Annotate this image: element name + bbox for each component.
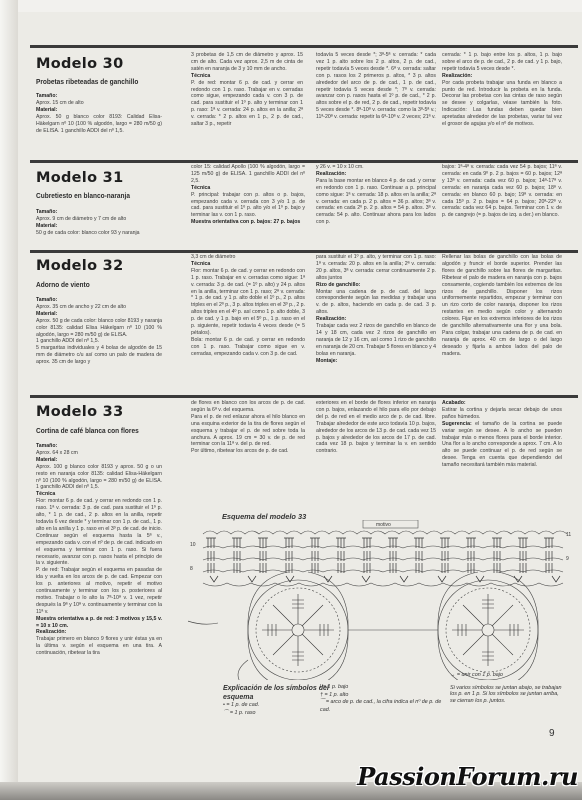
model-subtitle: Cortina de café blanca con flores [36, 426, 139, 435]
model33-col1: Tamaño: Aprox. 64 x 28 cm Material: Apro… [36, 443, 162, 657]
model-subtitle: Adorno de viento [36, 280, 90, 289]
tecnica-label: Técnica [191, 261, 305, 268]
tecnica-text: P. de red: montar 6 p. de cad. y cerrar … [191, 80, 303, 128]
red-instructions: Para el p. de red enlazar ahora el hilo … [191, 414, 305, 449]
model-heading: Modelo 30 [36, 56, 123, 72]
row-label: 8 [190, 566, 193, 572]
material-value: Aprox. 50 g blanco color 8193: Calidad E… [36, 114, 162, 135]
model33-col4: Acabado: Estirar la cortina y dejarla se… [442, 400, 562, 469]
model31-col3: y 26 v. = 10 x 10 cm. Realización: Para … [316, 164, 436, 226]
crochet-chart-diagram: motivo 10 8 11 9 [188, 520, 578, 680]
join-arrow-icon: → [450, 672, 455, 678]
realizacion-label: Realización: [36, 629, 162, 636]
size-value: Aprox. 35 cm de ancho y 22 cm de alto [36, 304, 162, 311]
muestra-text: Muestra orientativa a p. de red: 3 motiv… [36, 616, 162, 630]
instructions-text: todavía 5 veces desde *; 3ª-5ª v. cerrad… [316, 52, 436, 121]
model30-col3: todavía 5 veces desde *; 3ª-5ª v. cerrad… [316, 52, 436, 121]
page-number: 9 [549, 728, 555, 739]
hook-text: 1 ganchillo ADDI del nº 1,5. [36, 338, 162, 345]
legend-item-arc: ⁀ = arco de p. de cad., la cifra indica … [320, 699, 450, 714]
model31-col4: bajos: 1ª-4ª v. cerrada: cada vez 54 p. … [442, 164, 562, 219]
section-divider [30, 250, 578, 253]
size-value: Aprox. 64 x 28 cm [36, 450, 162, 457]
symbol-legend-right: → = unir con 1 p. bajo Si varios símbolo… [450, 672, 565, 704]
finish-instructions: Por último, ribetear los arcos de p. de … [191, 448, 305, 455]
legend-text: = unir con 1 p. bajo [457, 672, 503, 678]
legend-text: = arco de p. de cad., la cifra indica el… [320, 699, 441, 713]
model32-col4: Rellenar las bolas de ganchillo con las … [442, 254, 562, 358]
model-subtitle: Probetas ribeteadas de ganchillo [36, 77, 138, 86]
row-label: 9 [566, 556, 569, 562]
model-heading: Modelo 32 [36, 258, 123, 274]
material-value: 50 g de cada color: blanco color 93 y na… [36, 230, 162, 237]
tecnica-label: Técnica [36, 491, 162, 498]
single-crochet-symbol-icon: ǀ [320, 684, 321, 690]
legend-text: = 1 p. bajo [323, 684, 348, 690]
material-label: Material: [36, 223, 162, 230]
rizo-label: Rizo de ganchillo: [316, 282, 436, 289]
section-divider [30, 45, 578, 48]
size-value: Aprox. 15 cm de alto [36, 100, 162, 107]
intro-text: 3 probetas de 1,5 cm de diámetro y aprox… [191, 52, 303, 73]
size-label: Tamaño: [36, 297, 162, 304]
material-value: Aprox. 50 g de cada color: blanco color … [36, 318, 162, 339]
instructions-text: exteriores en el borde de flores inferio… [316, 400, 436, 455]
montaje-text: Rellenar las bolas de ganchillo con las … [442, 254, 562, 358]
section-divider [30, 160, 578, 163]
model32-col3: para sustituir el 1º p. alto, y terminar… [316, 254, 436, 365]
section-divider [30, 395, 578, 398]
flower-motif-1 [248, 572, 348, 680]
sugerencia-label: Sugerencia: [442, 421, 472, 427]
model30-col4: cerrada: * 1 p. bajo entre los p. altos,… [442, 52, 562, 128]
legend-text: = 1 p. raso [230, 710, 256, 716]
legend-text: = 1 p. de cad. [226, 702, 259, 708]
model30-col2: 3 probetas de 1,5 cm de diámetro y aprox… [191, 52, 303, 128]
model-heading: Modelo 33 [36, 404, 123, 420]
material-label: Material: [36, 107, 162, 114]
model33-col2: de flores en blanco con los arcos de p. … [191, 400, 305, 455]
realizacion-text: Trabajar primero en blanco 9 flores y un… [36, 636, 162, 657]
muestra-text: Muestra orientativa con p. bajos: 27 p. … [191, 219, 305, 226]
material-label: Material: [36, 457, 162, 464]
model32-col2: 3,3 cm de diámetro Técnica Flor: montar … [191, 254, 305, 358]
instructions-text: de flores en blanco con los arcos de p. … [191, 400, 305, 414]
model31-col1: Tamaño: Aprox. 9 cm de diámetro y 7 cm d… [36, 209, 162, 237]
size-label: Tamaño: [36, 209, 162, 216]
realizacion-label: Realización: [316, 316, 436, 323]
material-value: Aprox. 100 g blanco color 8193 y aprox. … [36, 464, 162, 492]
sugerencia-text: el tamaño de la cortina se puede variar … [442, 421, 562, 468]
motif-label: motivo [376, 522, 391, 528]
extras-text: 5 margaritas individuales y 4 bolas de a… [36, 345, 162, 366]
watermark-text: PassionForum.ru [357, 762, 578, 791]
legend-item-double: † = 1 p. alto [320, 692, 450, 700]
realizacion-label: Realización: [442, 73, 562, 80]
size-label: Tamaño: [36, 443, 162, 450]
size-value: Aprox. 9 cm de diámetro y 7 cm de alto [36, 216, 162, 223]
instructions-text: y 26 v. = 10 x 10 cm. [316, 164, 436, 171]
double-crochet-symbol-icon: † [320, 692, 323, 698]
row-label: 11 [566, 532, 571, 538]
acabado-label: Acabado: [442, 400, 562, 407]
model33-col3: exteriores en el borde de flores inferio… [316, 400, 436, 455]
realizacion-text: Trabajar cada vez 2 rizos de ganchillo e… [316, 323, 436, 358]
rizo-text: Montar una cadena de p. de cad. del larg… [316, 289, 436, 317]
model30-col1: Tamaño: Aprox. 15 cm de alto Material: A… [36, 93, 162, 134]
symbol-legend-mid: ǀ = 1 p. bajo † = 1 p. alto ⁀ = arco de … [320, 684, 450, 714]
model-heading: Modelo 31 [36, 170, 123, 186]
flor-text: Flor: montar 6 p. de cad. y cerrar en re… [191, 268, 305, 337]
page-binding [0, 0, 18, 800]
top-margin [18, 0, 582, 12]
slip-stitch-symbol-icon: ⌒ [223, 710, 228, 716]
acabado-text: Estirar la cortina y dejarla secar debaj… [442, 407, 562, 421]
model32-col1: Tamaño: Aprox. 35 cm de ancho y 22 cm de… [36, 297, 162, 366]
mesh-rows [203, 531, 567, 586]
legend-item-join: → = unir con 1 p. bajo [450, 672, 565, 680]
red-text: P. de red: Trabajar según el esquema en … [36, 567, 162, 615]
model31-col2: color 15: calidad Apollo (100 % algodón,… [191, 164, 305, 226]
realizacion-label: Realización: [316, 171, 436, 178]
chain-arc-symbol-icon: ⁀ [320, 699, 324, 705]
size-label: Tamaño: [36, 93, 162, 100]
intro-text: 3,3 cm de diámetro [191, 254, 305, 261]
montaje-label: Montaje: [316, 358, 436, 365]
tecnica-text: P. principal: trabajar con p. altos o p.… [191, 192, 305, 220]
tecnica-label: Técnica [191, 185, 305, 192]
tecnica-label: Técnica [191, 73, 303, 80]
watermark: PassionForum.ru [340, 762, 582, 800]
legend-text: = 1 p. alto [325, 692, 349, 698]
row-label: 10 [190, 542, 196, 548]
chain-symbol-icon: • [223, 702, 225, 708]
bola-text: Bola: montar 6 p. de cad. y cerrar en re… [191, 337, 305, 358]
legend-item-single: ǀ = 1 p. bajo [320, 684, 450, 692]
material-continued: color 15: calidad Apollo (100 % algodón,… [191, 164, 305, 185]
instructions-text: para sustituir el 1º p. alto, y terminar… [316, 254, 436, 282]
flor-text: Flor: montar 6 p. de cad. y cerrar en re… [36, 498, 162, 567]
realizacion-text: Por cada probeta trabajar una funda en b… [442, 80, 562, 128]
instructions-text: bajos: 1ª-4ª v. cerrada: cada vez 54 p. … [442, 164, 562, 219]
realizacion-text: Para la base montar en blanco 4 p. de ca… [316, 178, 436, 226]
legend-note: Si varios símbolos se juntan abajo, se t… [450, 685, 565, 705]
flower-motif-2 [438, 572, 538, 680]
material-label: Material: [36, 311, 162, 318]
model-subtitle: Cubretiesto en blanco-naranja [36, 191, 130, 200]
instructions-text: cerrada: * 1 p. bajo entre los p. altos,… [442, 52, 562, 73]
